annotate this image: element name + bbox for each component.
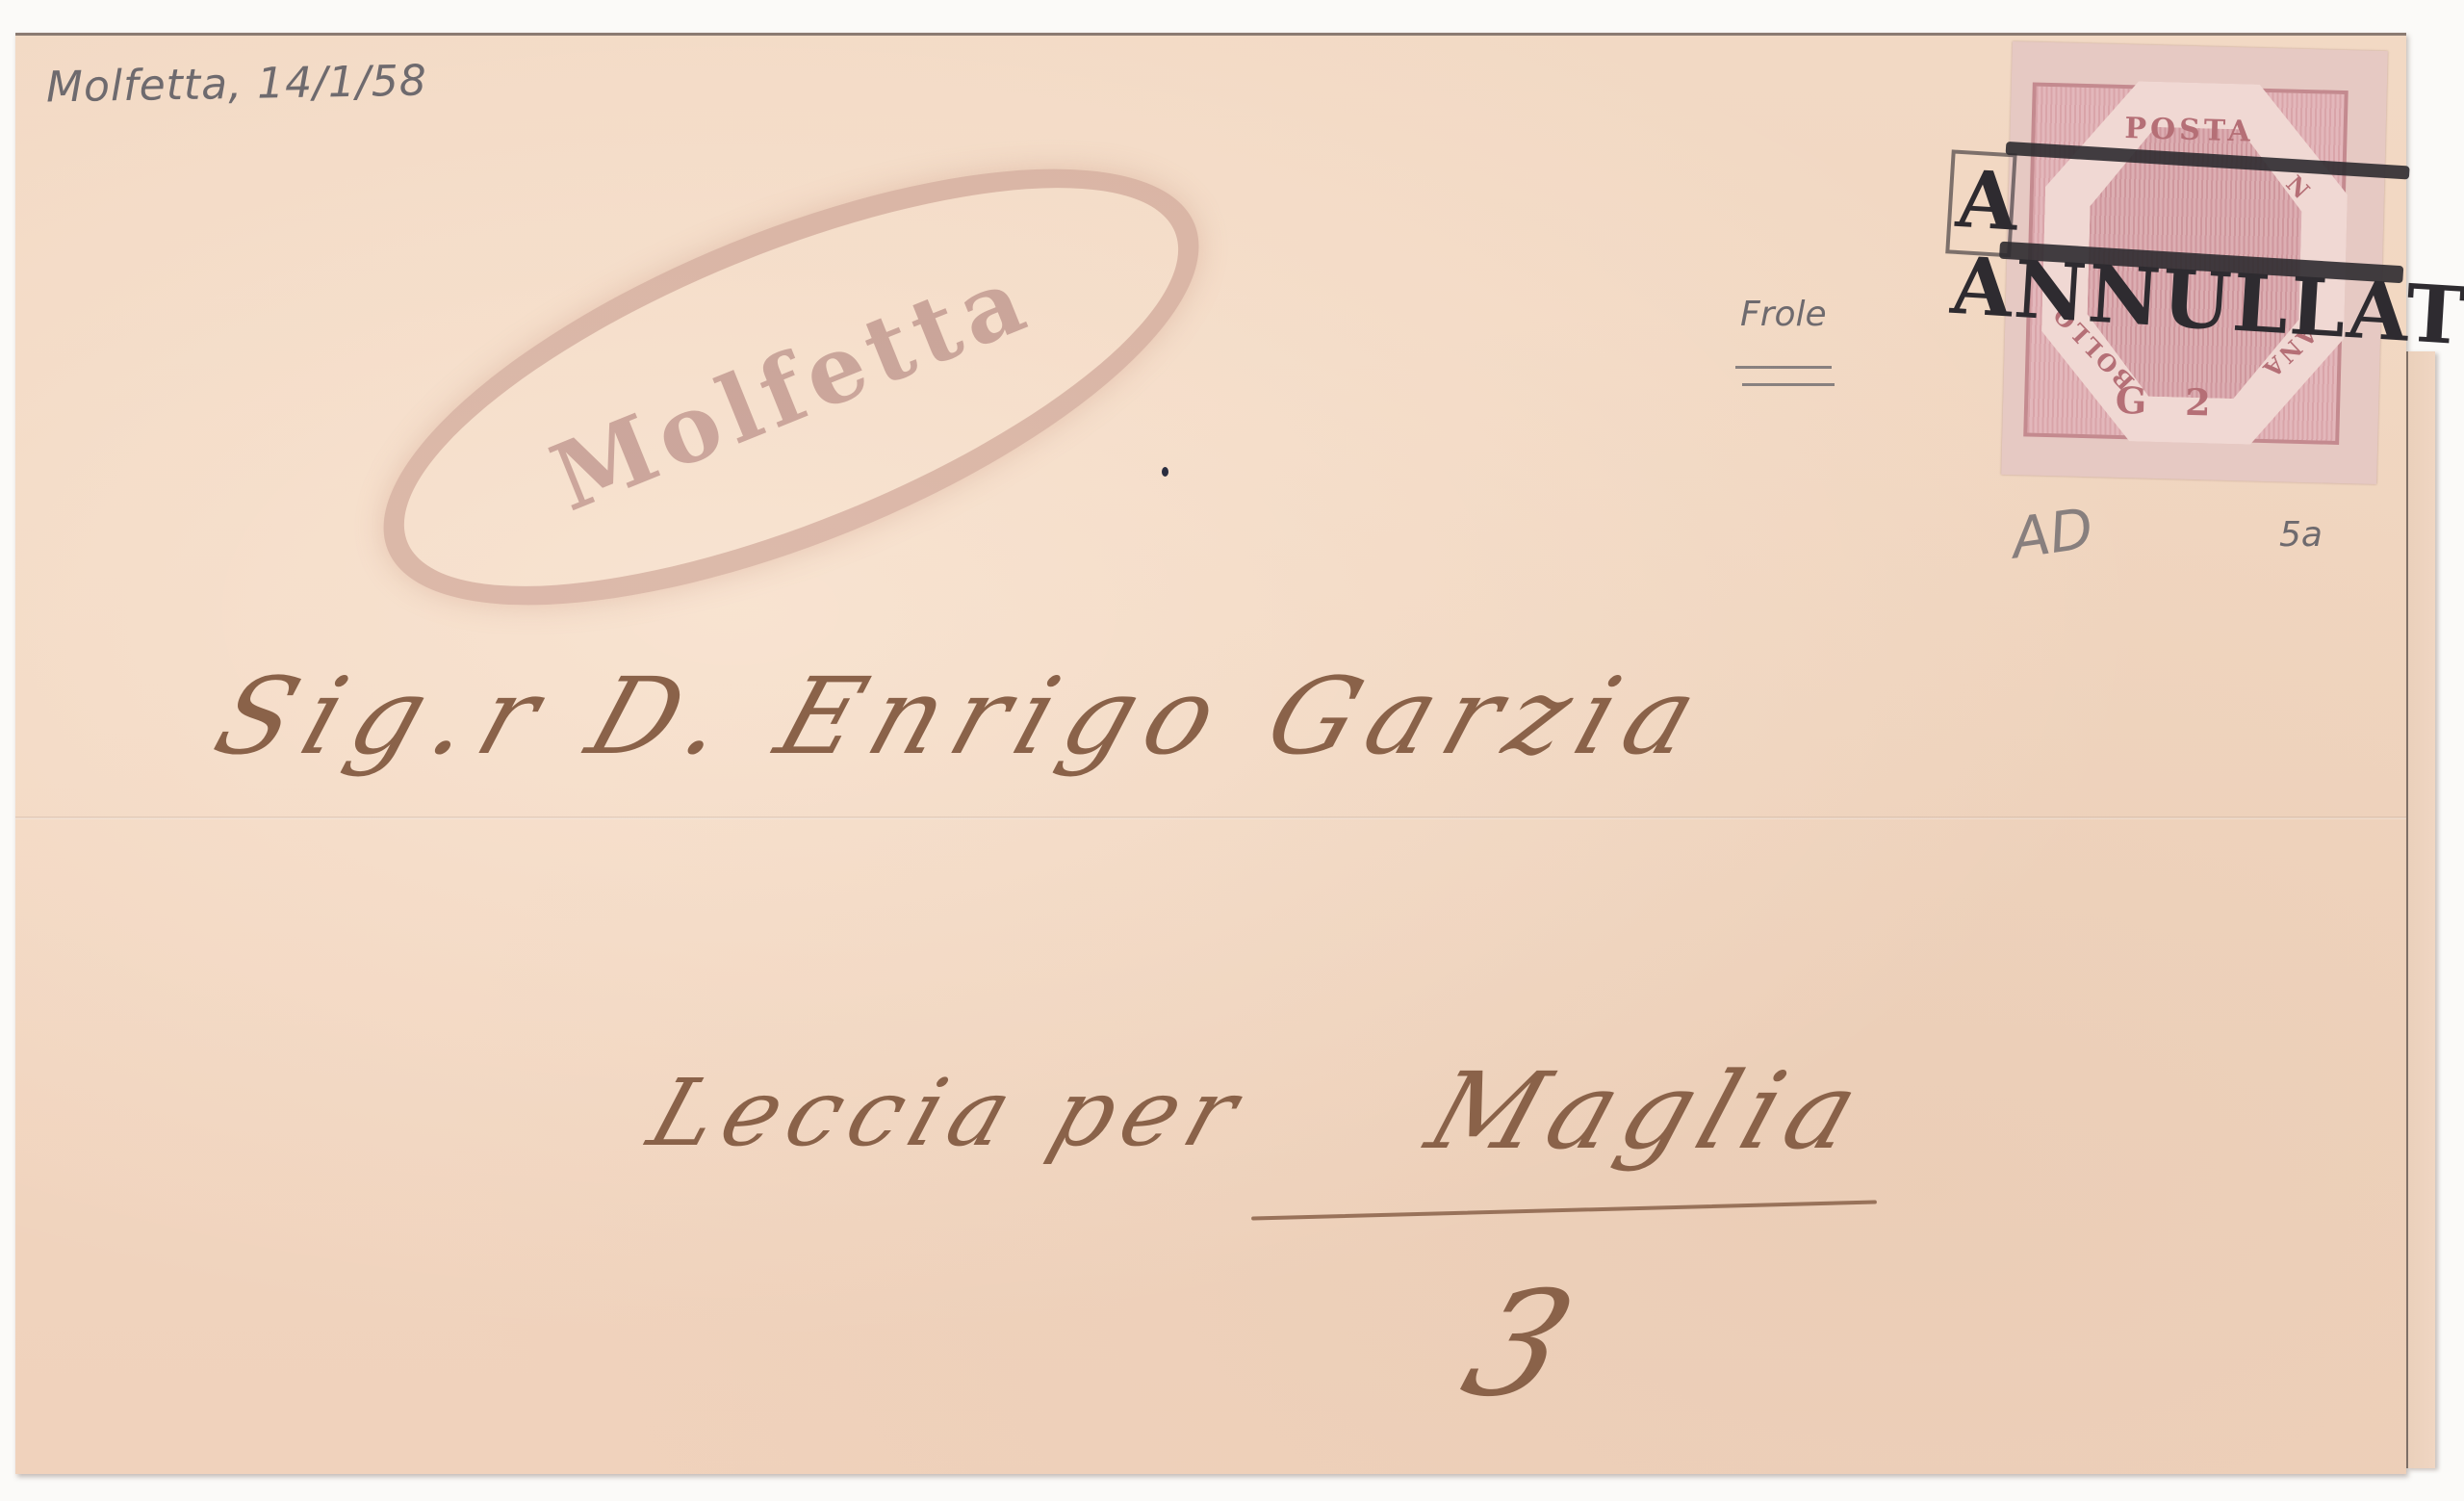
pencil-origin-date: Molfetta, 14/1/58 — [46, 57, 428, 113]
routing-line: Leccia per — [637, 1059, 1260, 1167]
pencil-catalogue-ref: 5a — [2279, 515, 2323, 555]
destination-town: Maglia — [1414, 1049, 1882, 1173]
ink-dot — [1162, 467, 1168, 477]
horizontal-fold-line — [15, 816, 2406, 819]
frole-underline-2 — [1742, 383, 1835, 386]
annullato-cancellation: A ANNULLAT — [1931, 130, 2429, 304]
folded-flap-edge — [2406, 351, 2435, 1468]
pencil-expert-signature: AD — [2008, 495, 2097, 571]
stamp-value-label: G — [2115, 378, 2186, 424]
pencil-frole-note: Frole — [1740, 295, 1827, 334]
stamp-value-number: 2 — [2185, 380, 2250, 426]
frole-underline — [1735, 366, 1832, 369]
addressee-line: Sig.r D. Enrigo Garzia — [201, 655, 1725, 778]
